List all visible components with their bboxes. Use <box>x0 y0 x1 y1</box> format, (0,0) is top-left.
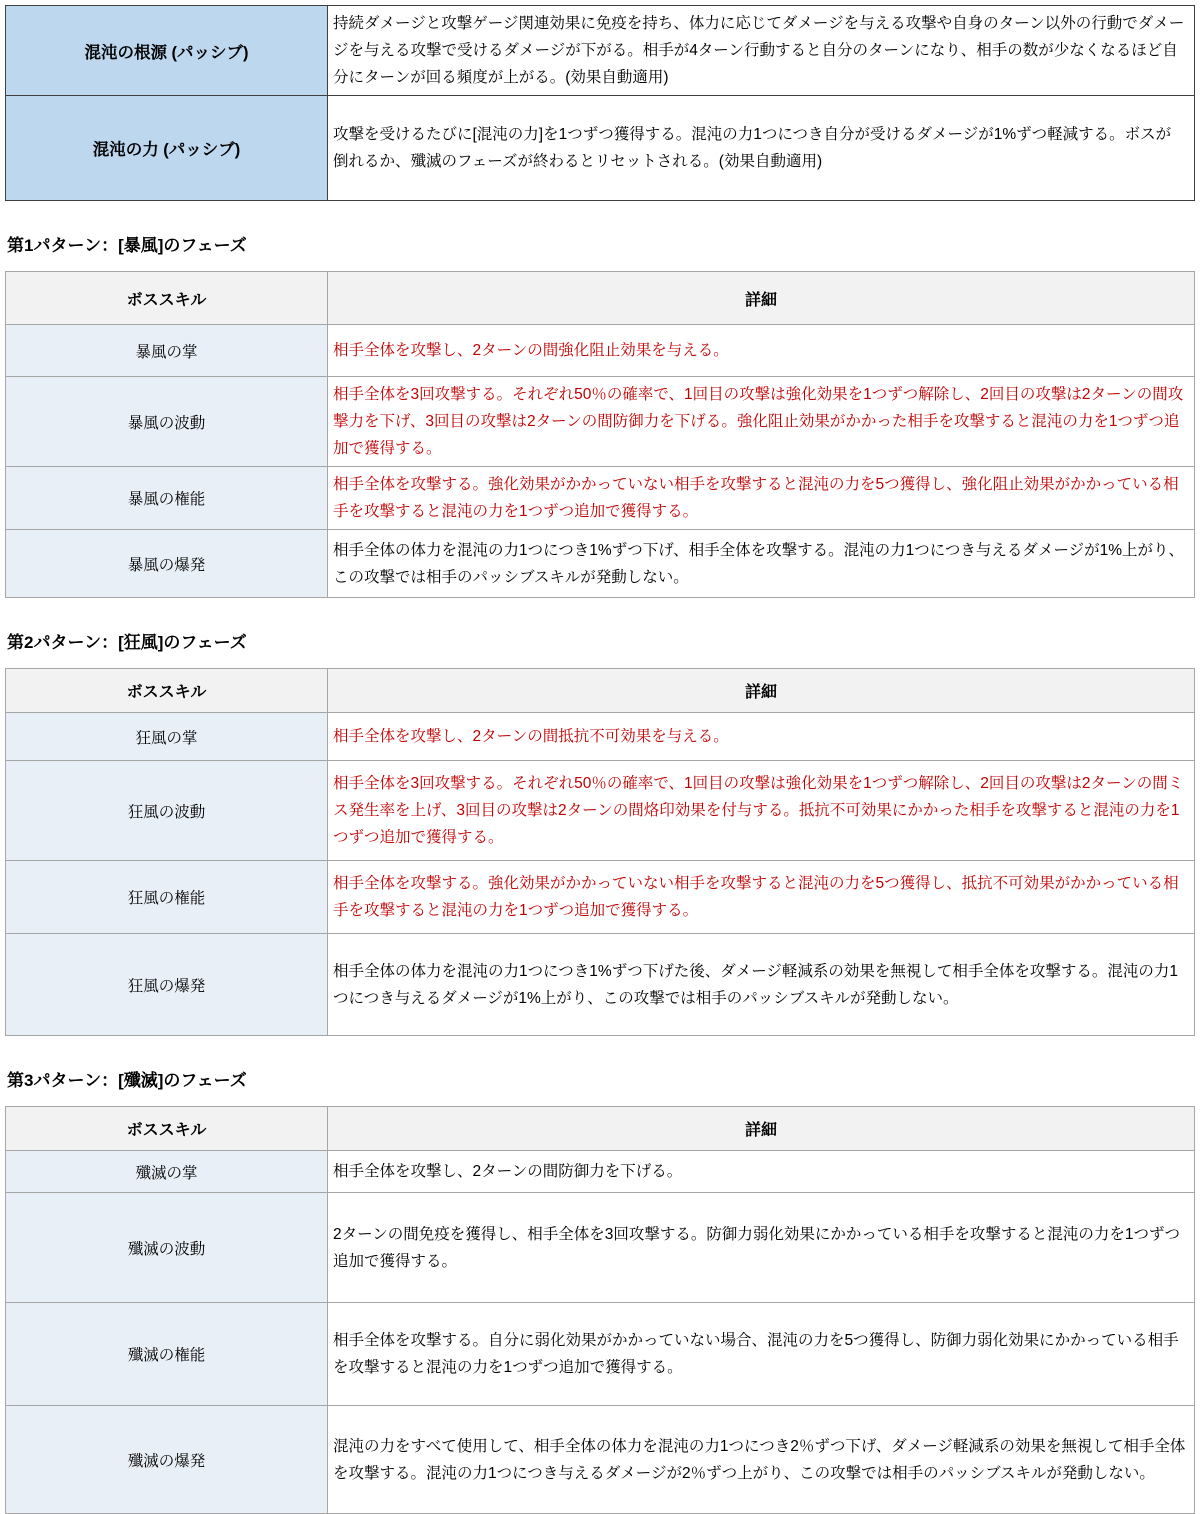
skill-name-cell: 狂風の波動 <box>6 761 328 861</box>
column-header-skill: ボススキル <box>6 669 328 713</box>
skill-detail-cell: 相手全体を攻撃し、2ターンの間抵抗不可効果を与える。 <box>328 713 1195 761</box>
skill-table-pattern2: ボススキル 詳細 狂風の掌 相手全体を攻撃し、2ターンの間抵抗不可効果を与える。… <box>5 668 1195 1036</box>
passive-skill-name: 混沌の力 (パッシブ) <box>6 96 328 201</box>
skill-name-cell: 狂風の爆発 <box>6 934 328 1036</box>
table-row: 狂風の爆発 相手全体の体力を混沌の力1つにつき1%ずつ下げた後、ダメージ軽減系の… <box>6 934 1195 1036</box>
skill-detail-cell: 相手全体を攻撃する。強化効果がかかっていない相手を攻撃すると混沌の力を5つ獲得し… <box>328 467 1195 530</box>
section-heading-pattern2: 第2パターン：[狂風]のフェーズ <box>7 628 1195 653</box>
skill-detail-cell: 相手全体を攻撃する。自分に弱化効果がかかっていない場合、混沌の力を5つ獲得し、防… <box>328 1303 1195 1406</box>
skill-detail-cell: 2ターンの間免疫を獲得し、相手全体を3回攻撃する。防御力弱化効果にかかっている相… <box>328 1193 1195 1303</box>
skill-detail-cell: 相手全体を攻撃し、2ターンの間防御力を下げる。 <box>328 1151 1195 1193</box>
skill-detail-cell: 相手全体を3回攻撃する。それぞれ50％の確率で、1回目の攻撃は強化効果を1つずつ… <box>328 761 1195 861</box>
table-header-row: ボススキル 詳細 <box>6 272 1195 325</box>
skill-name-cell: 暴風の爆発 <box>6 530 328 598</box>
skill-table-pattern1: ボススキル 詳細 暴風の掌 相手全体を攻撃し、2ターンの間強化阻止効果を与える。… <box>5 271 1195 598</box>
table-header-row: ボススキル 詳細 <box>6 1107 1195 1151</box>
table-row: 狂風の権能 相手全体を攻撃する。強化効果がかかっていない相手を攻撃すると混沌の力… <box>6 861 1195 934</box>
passive-skill-table: 混沌の根源 (パッシブ) 持続ダメージと攻撃ゲージ関連効果に免疫を持ち、体力に応… <box>5 5 1195 201</box>
skill-table-pattern3: ボススキル 詳細 殲滅の掌 相手全体を攻撃し、2ターンの間防御力を下げる。 殲滅… <box>5 1106 1195 1514</box>
table-row: 殲滅の権能 相手全体を攻撃する。自分に弱化効果がかかっていない場合、混沌の力を5… <box>6 1303 1195 1406</box>
skill-detail-cell: 相手全体の体力を混沌の力1つにつき1%ずつ下げ、相手全体を攻撃する。混沌の力1つ… <box>328 530 1195 598</box>
skill-detail-cell: 相手全体の体力を混沌の力1つにつき1%ずつ下げた後、ダメージ軽減系の効果を無視し… <box>328 934 1195 1036</box>
table-row: 暴風の掌 相手全体を攻撃し、2ターンの間強化阻止効果を与える。 <box>6 325 1195 377</box>
skill-detail-cell: 相手全体を3回攻撃する。それぞれ50％の確率で、1回目の攻撃は強化効果を1つずつ… <box>328 377 1195 467</box>
skill-name-cell: 狂風の権能 <box>6 861 328 934</box>
passive-skill-description: 攻撃を受けるたびに[混沌の力]を1つずつ獲得する。混沌の力1つにつき自分が受ける… <box>328 96 1195 201</box>
skill-detail-cell: 相手全体を攻撃する。強化効果がかかっていない相手を攻撃すると混沌の力を5つ獲得し… <box>328 861 1195 934</box>
skill-name-cell: 殲滅の掌 <box>6 1151 328 1193</box>
table-row: 暴風の爆発 相手全体の体力を混沌の力1つにつき1%ずつ下げ、相手全体を攻撃する。… <box>6 530 1195 598</box>
column-header-skill: ボススキル <box>6 1107 328 1151</box>
section-heading-pattern3: 第3パターン：[殲滅]のフェーズ <box>7 1066 1195 1091</box>
passive-skill-name: 混沌の根源 (パッシブ) <box>6 6 328 96</box>
table-row: 混沌の根源 (パッシブ) 持続ダメージと攻撃ゲージ関連効果に免疫を持ち、体力に応… <box>6 6 1195 96</box>
section-heading-pattern1: 第1パターン：[暴風]のフェーズ <box>7 231 1195 256</box>
passive-skill-description: 持続ダメージと攻撃ゲージ関連効果に免疫を持ち、体力に応じてダメージを与える攻撃や… <box>328 6 1195 96</box>
table-row: 混沌の力 (パッシブ) 攻撃を受けるたびに[混沌の力]を1つずつ獲得する。混沌の… <box>6 96 1195 201</box>
skill-name-cell: 狂風の掌 <box>6 713 328 761</box>
table-row: 暴風の波動 相手全体を3回攻撃する。それぞれ50％の確率で、1回目の攻撃は強化効… <box>6 377 1195 467</box>
table-row: 狂風の波動 相手全体を3回攻撃する。それぞれ50％の確率で、1回目の攻撃は強化効… <box>6 761 1195 861</box>
skill-name-cell: 暴風の権能 <box>6 467 328 530</box>
column-header-detail: 詳細 <box>328 1107 1195 1151</box>
document-page: 混沌の根源 (パッシブ) 持続ダメージと攻撃ゲージ関連効果に免疫を持ち、体力に応… <box>0 0 1200 1514</box>
skill-name-cell: 暴風の掌 <box>6 325 328 377</box>
skill-detail-cell: 相手全体を攻撃し、2ターンの間強化阻止効果を与える。 <box>328 325 1195 377</box>
skill-name-cell: 殲滅の爆発 <box>6 1406 328 1514</box>
column-header-detail: 詳細 <box>328 669 1195 713</box>
skill-name-cell: 殲滅の波動 <box>6 1193 328 1303</box>
skill-name-cell: 暴風の波動 <box>6 377 328 467</box>
table-row: 殲滅の掌 相手全体を攻撃し、2ターンの間防御力を下げる。 <box>6 1151 1195 1193</box>
column-header-detail: 詳細 <box>328 272 1195 325</box>
table-row: 暴風の権能 相手全体を攻撃する。強化効果がかかっていない相手を攻撃すると混沌の力… <box>6 467 1195 530</box>
column-header-skill: ボススキル <box>6 272 328 325</box>
skill-name-cell: 殲滅の権能 <box>6 1303 328 1406</box>
skill-detail-cell: 混沌の力をすべて使用して、相手全体の体力を混沌の力1つにつき2％ずつ下げ、ダメー… <box>328 1406 1195 1514</box>
table-header-row: ボススキル 詳細 <box>6 669 1195 713</box>
table-row: 殲滅の爆発 混沌の力をすべて使用して、相手全体の体力を混沌の力1つにつき2％ずつ… <box>6 1406 1195 1514</box>
table-row: 殲滅の波動 2ターンの間免疫を獲得し、相手全体を3回攻撃する。防御力弱化効果にか… <box>6 1193 1195 1303</box>
table-row: 狂風の掌 相手全体を攻撃し、2ターンの間抵抗不可効果を与える。 <box>6 713 1195 761</box>
